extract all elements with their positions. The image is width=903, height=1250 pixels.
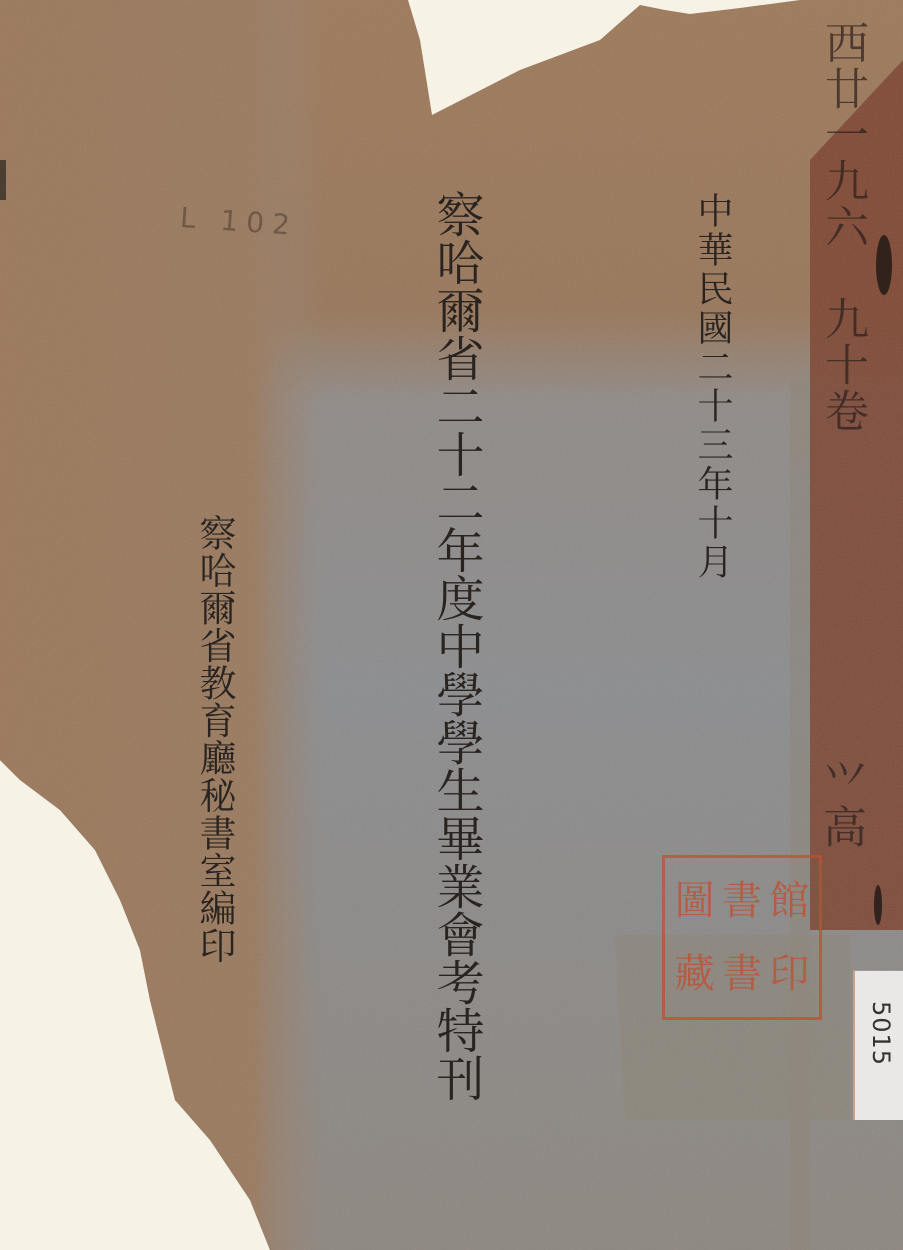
publication-date: 中華民國二十三年十月	[694, 192, 730, 582]
seal-char: 圖	[671, 881, 718, 921]
library-seal-stamp: 圖 書 館 藏 書 印	[662, 855, 822, 1020]
seal-char: 館	[766, 881, 813, 921]
cover-title: 察哈爾省二十二年度中學學生畢業會考特刊	[432, 190, 480, 1102]
handwritten-annotation-bottom: ⺍高	[818, 760, 862, 848]
publisher-imprint: 察哈爾省教育廳秘書室編印	[196, 514, 233, 964]
handwritten-annotation-top: 西廿一九六 九十卷	[820, 20, 864, 434]
seal-char: 書	[718, 954, 765, 994]
library-call-number-label: 5015	[853, 970, 903, 1120]
seal-char: 印	[766, 954, 813, 994]
book-cover: L 102 察哈爾省二十二年度中學學生畢業會考特刊 中華民國二十三年十月 察哈爾…	[0, 0, 903, 1250]
seal-char: 藏	[671, 954, 718, 994]
call-number: 5015	[867, 1001, 895, 1066]
seal-char: 書	[718, 881, 765, 921]
